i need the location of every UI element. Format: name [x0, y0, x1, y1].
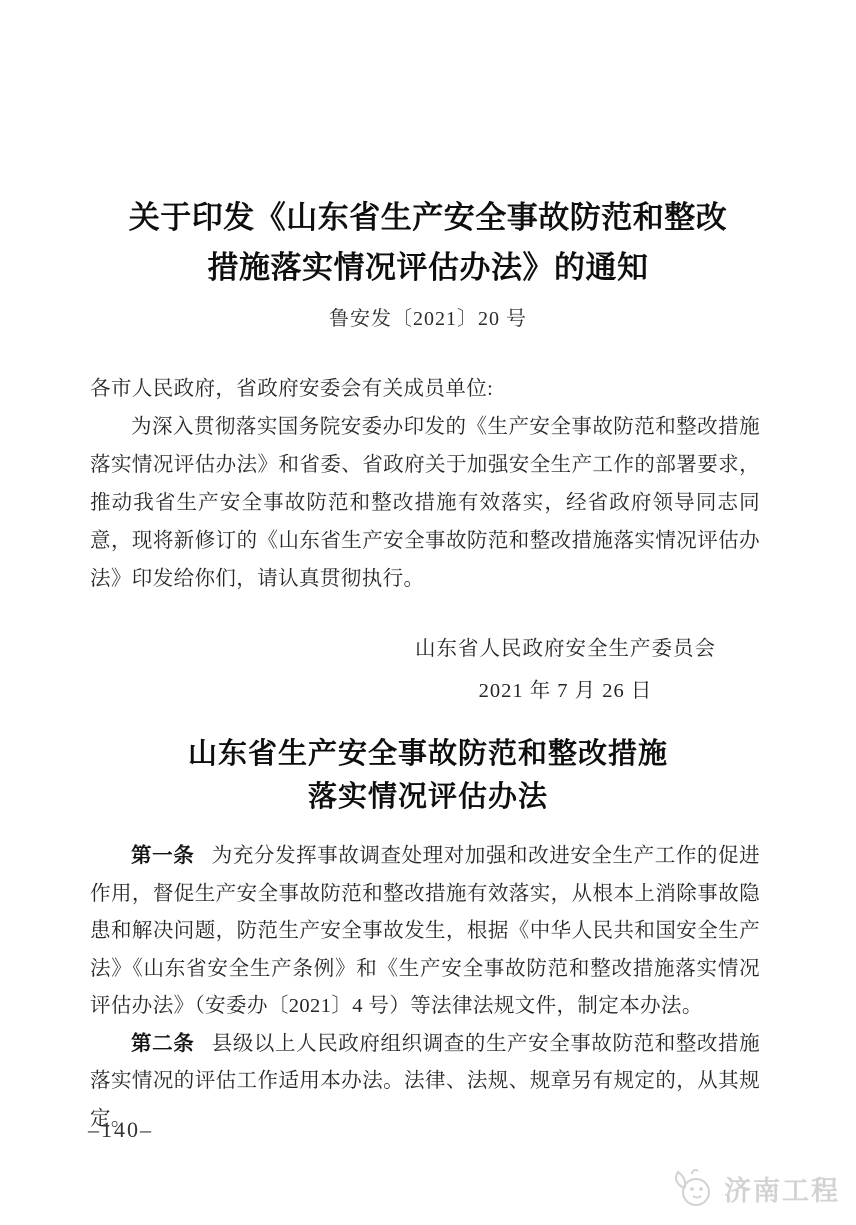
document-number: 鲁安发〔2021〕20 号: [0, 302, 856, 331]
notice-title: 关于印发《山东省生产安全事故防范和整改 措施落实情况评估办法》的通知: [0, 193, 856, 293]
notice-paragraph: 为深入贯彻落实国务院安委办印发的《生产安全事故防范和整改措施落实情况评估办法》和…: [90, 408, 760, 598]
notice-salutation: 各市人民政府，省政府安委会有关成员单位:: [90, 370, 760, 408]
regulation-title-line1: 山东省生产安全事故防范和整改措施: [0, 733, 856, 776]
watermark-text: 济南工程: [724, 1169, 840, 1208]
article-1-label: 第一条: [131, 845, 194, 867]
article-2-label: 第二条: [131, 1033, 194, 1055]
article-1-text: 为充分发挥事故调查处理对加强和改进安全生产工作的促进作用，督促生产安全事故防范和…: [90, 845, 760, 1017]
signature-block: 山东省人民政府安全生产委员会 2021 年 7 月 26 日: [415, 628, 716, 712]
signer-name: 山东省人民政府安全生产委员会: [415, 628, 716, 670]
signature-date: 2021 年 7 月 26 日: [415, 670, 716, 712]
watermark: 济南工程: [670, 1168, 840, 1208]
notice-body: 各市人民政府，省政府安委会有关成员单位: 为深入贯彻落实国务院安委办印发的《生产…: [90, 370, 760, 598]
regulation-title: 山东省生产安全事故防范和整改措施 落实情况评估办法: [0, 733, 856, 819]
article-1: 第一条为充分发挥事故调查处理对加强和改进安全生产工作的促进作用，督促生产安全事故…: [90, 838, 760, 1026]
document-page: 关于印发《山东省生产安全事故防范和整改 措施落实情况评估办法》的通知 鲁安发〔2…: [0, 0, 856, 1225]
notice-title-line1: 关于印发《山东省生产安全事故防范和整改: [0, 193, 856, 243]
article-2: 第二条县级以上人民政府组织调查的生产安全事故防范和整改措施落实情况的评估工作适用…: [90, 1026, 760, 1139]
page-number: –140–: [88, 1117, 153, 1143]
regulation-title-line2: 落实情况评估办法: [0, 776, 856, 819]
notice-title-line2: 措施落实情况评估办法》的通知: [0, 243, 856, 293]
mascot-logo-icon: [670, 1168, 718, 1208]
regulation-body: 第一条为充分发挥事故调查处理对加强和改进安全生产工作的促进作用，督促生产安全事故…: [90, 838, 760, 1138]
